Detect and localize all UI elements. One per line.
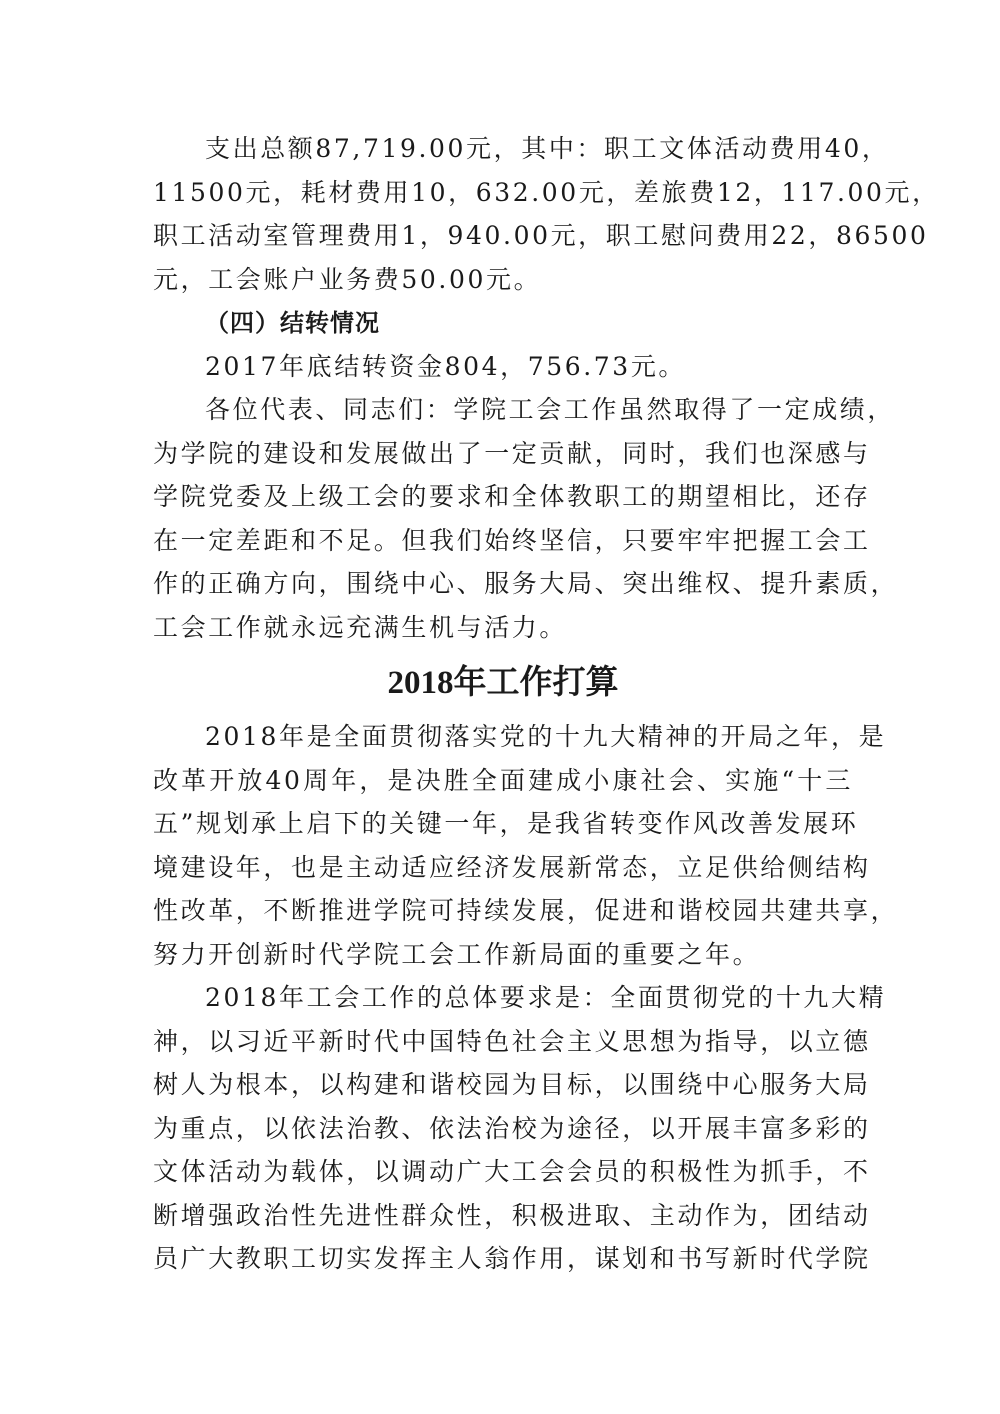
text-line: 11500元，耗材费用10，632.00元，差旅费12，117.00元， bbox=[153, 171, 853, 215]
text-line: 在一定差距和不足。但我们始终坚信，只要牢牢把握工会工 bbox=[153, 519, 853, 563]
document-page: 支出总额87,719.00元，其中：职工文体活动费用40， 11500元，耗材费… bbox=[153, 127, 853, 1281]
text-line: 员广大教职工切实发挥主人翁作用，谋划和书写新时代学院 bbox=[153, 1237, 853, 1281]
text-line: 元，工会账户业务费50.00元。 bbox=[153, 258, 853, 302]
text-line: 树人为根本，以构建和谐校园为目标，以围绕中心服务大局 bbox=[153, 1063, 853, 1107]
text-line: 支出总额87,719.00元，其中：职工文体活动费用40， bbox=[153, 127, 853, 171]
paragraph-carryover: 2017年底结转资金804，756.73元。 bbox=[153, 345, 853, 389]
text-line: 为学院的建设和发展做出了一定贡献，同时，我们也深感与 bbox=[153, 432, 853, 476]
text-line: 工会工作就永远充满生机与活力。 bbox=[153, 606, 853, 650]
text-line: 性改革，不断推进学院可持续发展，促进和谐校园共建共享， bbox=[153, 889, 853, 933]
text-line: 为重点，以依法治教、依法治校为途径，以开展丰富多彩的 bbox=[153, 1107, 853, 1151]
section-title: 2018年工作打算 bbox=[153, 651, 853, 715]
text-line: 学院党委及上级工会的要求和全体教职工的期望相比，还存 bbox=[153, 475, 853, 519]
text-line: 职工活动室管理费用1，940.00元，职工慰问费用22，86500 bbox=[153, 214, 853, 258]
text-line: 2018年是全面贯彻落实党的十九大精神的开局之年，是 bbox=[153, 715, 853, 759]
section-subheading: （四）结转情况 bbox=[153, 301, 853, 345]
text-line: 各位代表、同志们：学院工会工作虽然取得了一定成绩， bbox=[153, 388, 853, 432]
text-line: 努力开创新时代学院工会工作新局面的重要之年。 bbox=[153, 933, 853, 977]
paragraph-closing-remarks: 各位代表、同志们：学院工会工作虽然取得了一定成绩， 为学院的建设和发展做出了一定… bbox=[153, 388, 853, 649]
text-line: 断增强政治性先进性群众性，积极进取、主动作为，团结动 bbox=[153, 1194, 853, 1238]
text-line: 2018年工会工作的总体要求是：全面贯彻党的十九大精 bbox=[153, 976, 853, 1020]
paragraph-expenditure: 支出总额87,719.00元，其中：职工文体活动费用40， 11500元，耗材费… bbox=[153, 127, 853, 301]
text-line: 作的正确方向，围绕中心、服务大局、突出维权、提升素质， bbox=[153, 562, 853, 606]
paragraph-2018-context: 2018年是全面贯彻落实党的十九大精神的开局之年，是 改革开放40周年，是决胜全… bbox=[153, 715, 853, 976]
text-line: 五”规划承上启下的关键一年，是我省转变作风改善发展环 bbox=[153, 802, 853, 846]
paragraph-2018-requirements: 2018年工会工作的总体要求是：全面贯彻党的十九大精 神，以习近平新时代中国特色… bbox=[153, 976, 853, 1281]
text-line: 文体活动为载体，以调动广大工会会员的积极性为抓手，不 bbox=[153, 1150, 853, 1194]
text-line: 改革开放40周年，是决胜全面建成小康社会、实施“十三 bbox=[153, 759, 853, 803]
text-line: 神，以习近平新时代中国特色社会主义思想为指导，以立德 bbox=[153, 1020, 853, 1064]
text-line: 2017年底结转资金804，756.73元。 bbox=[153, 345, 853, 389]
text-line: 境建设年，也是主动适应经济发展新常态，立足供给侧结构 bbox=[153, 846, 853, 890]
